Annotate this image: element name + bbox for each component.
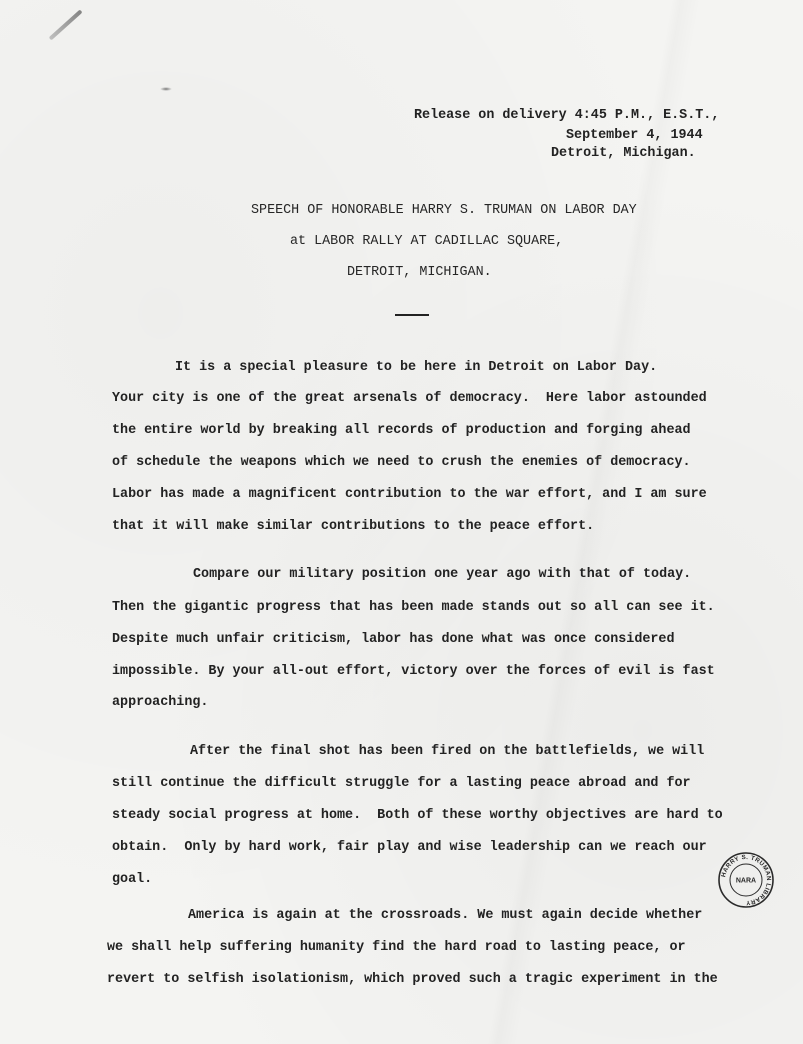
paragraph-line: impossible. By your all-out effort, vict…	[112, 664, 715, 680]
paragraph-line: we shall help suffering humanity find th…	[107, 940, 686, 956]
paragraph-line: approaching.	[112, 695, 208, 711]
ink-speck	[160, 87, 172, 91]
paragraph-line: revert to selfish isolationism, which pr…	[107, 972, 718, 988]
stamp-center-text: NARA	[736, 878, 756, 885]
paragraph-line: Labor has made a magnificent contributio…	[112, 487, 707, 503]
paragraph-line: After the final shot has been fired on t…	[190, 744, 704, 760]
release-info-date: September 4, 1944	[566, 128, 703, 144]
paragraph-line: steady social progress at home. Both of …	[112, 808, 723, 824]
document-page: Release on delivery 4:45 P.M., E.S.T., S…	[0, 0, 803, 1044]
release-info-location: Detroit, Michigan.	[551, 146, 696, 162]
paragraph-line: Despite much unfair criticism, labor has…	[112, 632, 675, 648]
paragraph-line: It is a special pleasure to be here in D…	[175, 360, 657, 376]
paragraph-line: the entire world by breaking all records…	[112, 423, 691, 439]
paragraph-line: goal.	[112, 872, 152, 888]
paragraph-line: America is again at the crossroads. We m…	[188, 908, 702, 924]
speech-title-line-3: DETROIT, MICHIGAN.	[347, 265, 492, 281]
paragraph-line: Then the gigantic progress that has been…	[112, 600, 715, 616]
truman-library-stamp-icon: HARRY S. TRUMAN LIBRARY NARA	[716, 850, 776, 910]
paragraph-line: that it will make similar contributions …	[112, 519, 594, 535]
paragraph-line: of schedule the weapons which we need to…	[112, 455, 691, 471]
paragraph-line: Your city is one of the great arsenals o…	[112, 391, 707, 407]
release-info-line-1: Release on delivery 4:45 P.M., E.S.T.,	[414, 108, 719, 124]
paragraph-line: obtain. Only by hard work, fair play and…	[112, 840, 707, 856]
paragraph-line: Compare our military position one year a…	[193, 567, 691, 583]
speech-title-line-2: at LABOR RALLY AT CADILLAC SQUARE,	[290, 234, 563, 250]
title-separator	[395, 314, 429, 316]
pencil-mark	[49, 9, 83, 40]
speech-title-line-1: SPEECH OF HONORABLE HARRY S. TRUMAN ON L…	[251, 203, 637, 219]
paragraph-line: still continue the difficult struggle fo…	[112, 776, 691, 792]
